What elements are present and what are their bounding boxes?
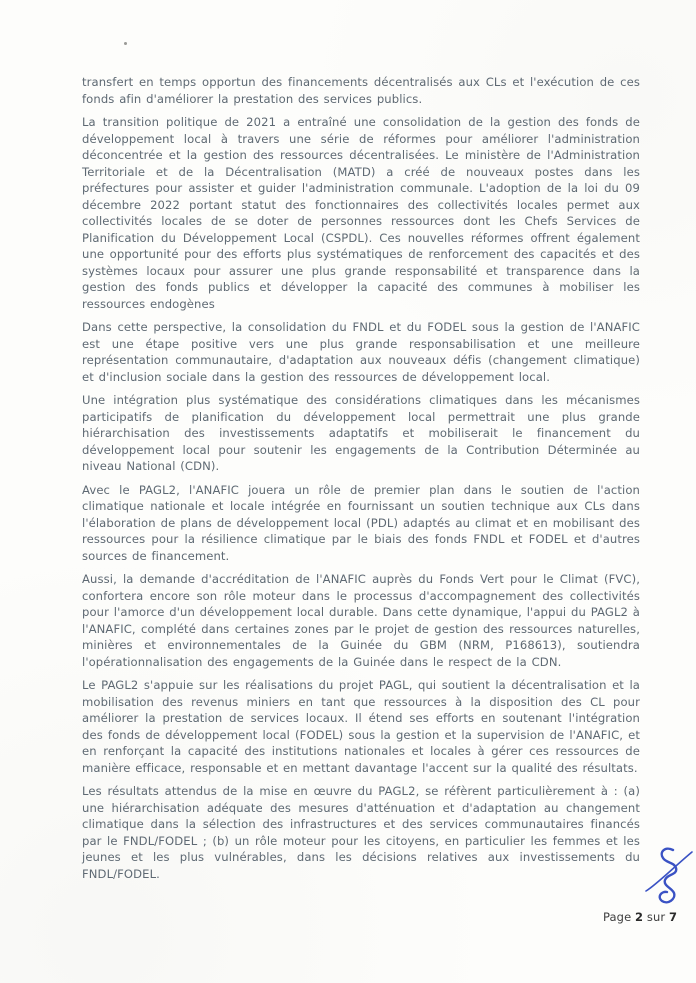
signature-paraph-icon xyxy=(642,845,696,909)
document-body-text: transfert en temps opportun des financem… xyxy=(82,74,640,889)
paragraph: Une intégration plus systématique des co… xyxy=(82,392,640,475)
page-separator: sur xyxy=(647,910,665,924)
paragraph: Dans cette perspective, la consolidation… xyxy=(82,319,640,385)
paragraph: Le PAGL2 s'appuie sur les réalisations d… xyxy=(82,677,640,776)
paragraph: Les résultats attendus de la mise en œuv… xyxy=(82,783,640,882)
paragraph: La transition politique de 2021 a entraî… xyxy=(82,114,640,312)
paragraph: Aussi, la demande d'accréditation de l'A… xyxy=(82,571,640,670)
scan-speck-artifact xyxy=(124,42,127,45)
page-number-footer: Page 2 sur 7 xyxy=(603,910,677,924)
paragraph: transfert en temps opportun des financem… xyxy=(82,74,640,107)
total-pages: 7 xyxy=(669,910,677,924)
page-number: 2 xyxy=(635,910,643,924)
page-label: Page xyxy=(603,910,631,924)
document-page: transfert en temps opportun des financem… xyxy=(0,0,696,983)
paragraph: Avec le PAGL2, l'ANAFIC jouera un rôle d… xyxy=(82,482,640,565)
